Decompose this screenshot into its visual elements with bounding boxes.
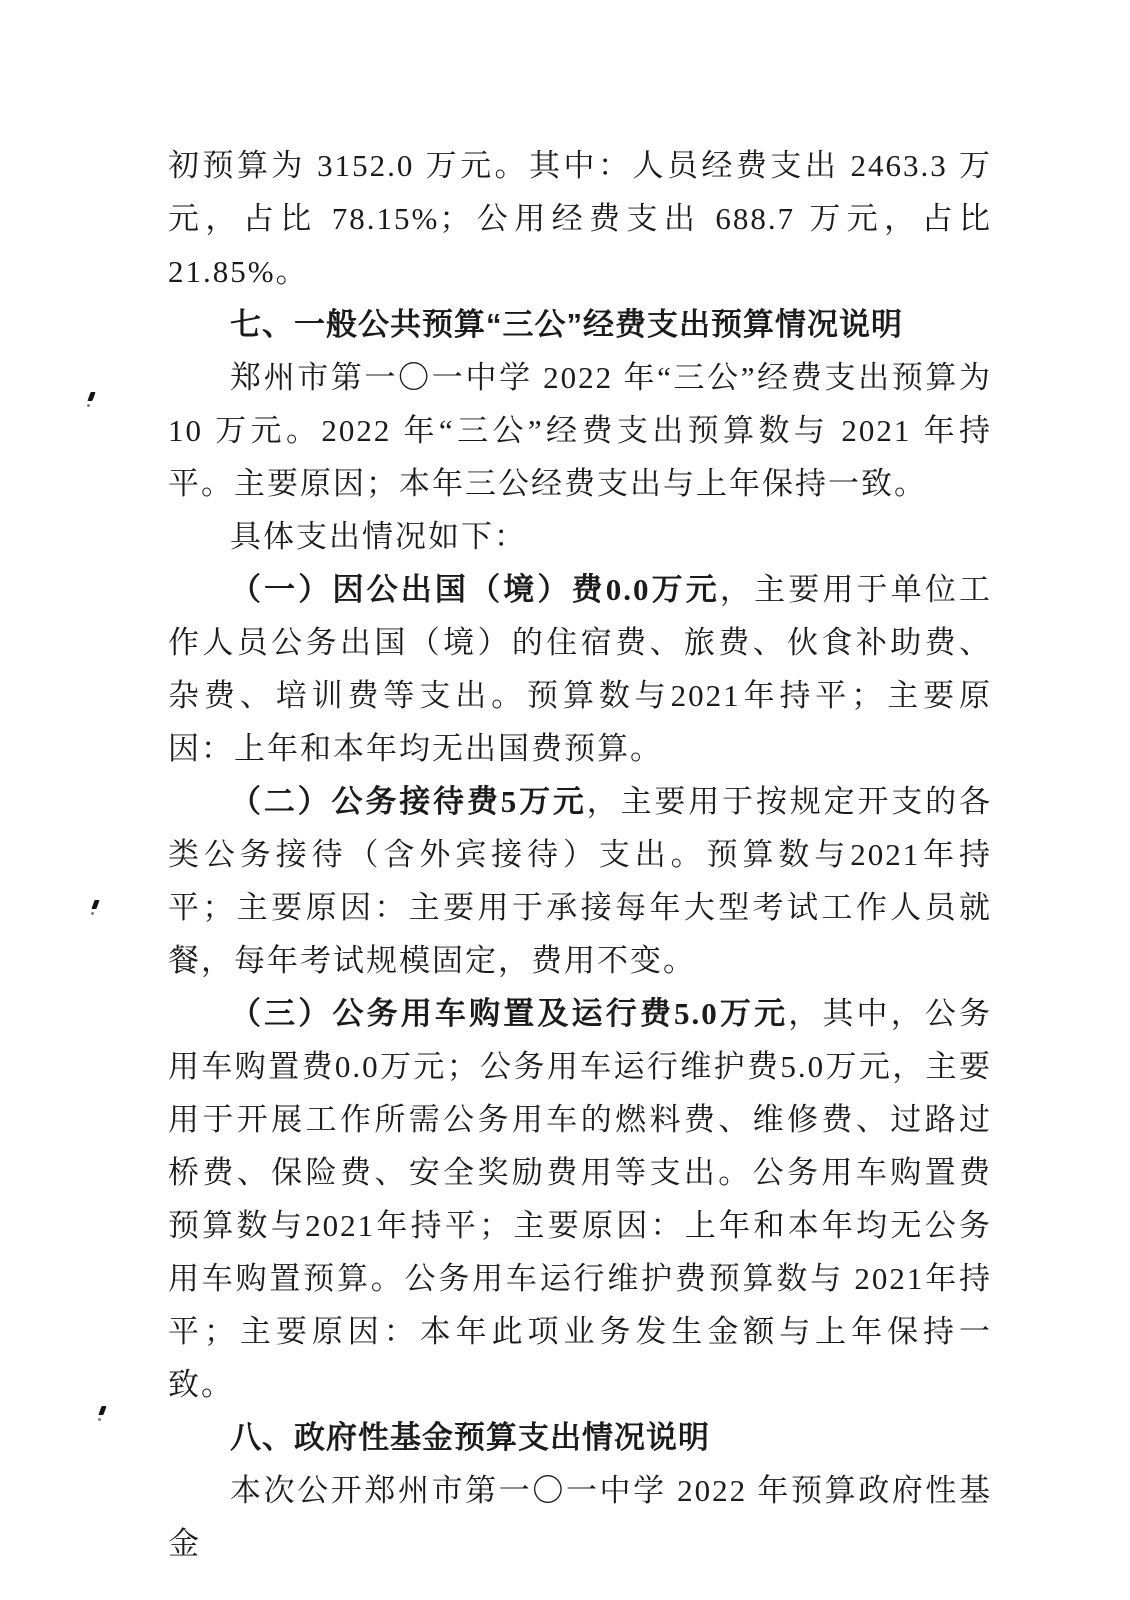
paragraph-lead-text: 八、政府性基金预算支出情况说明 xyxy=(230,1420,710,1455)
paragraph-item-2-reception-fee: （二）公务接待费5万元，主要用于按规定开支的各类公务接待（含外宾接待）支出。预算… xyxy=(168,775,992,987)
section-heading-8: 八、政府性基金预算支出情况说明 xyxy=(168,1411,992,1464)
scan-artifact xyxy=(86,392,96,408)
paragraph-item-1-abroad-fee: （一）因公出国（境）费0.0万元，主要用于单位工作人员公务出国（境）的住宿费、旅… xyxy=(168,563,992,775)
paragraph-text: 具体支出情况如下： xyxy=(230,519,527,554)
paragraph-sangong-overview: 郑州市第一〇一中学 2022 年“三公”经费支出预算为 10 万元。2022 年… xyxy=(168,351,992,510)
paragraph-text: 初预算为 3152.0 万元。其中：人员经费支出 2463.3 万元，占比 78… xyxy=(168,148,992,289)
paragraph-lead-text: 七、一般公共预算“三公”经费支出预算情况说明 xyxy=(230,307,903,342)
paragraph-lead-text: （一）因公出国（境）费0.0万元 xyxy=(230,572,720,607)
scan-artifact xyxy=(97,1406,107,1422)
paragraph-text: 郑州市第一〇一中学 2022 年“三公”经费支出预算为 10 万元。2022 年… xyxy=(168,360,992,501)
paragraph-detail-intro: 具体支出情况如下： xyxy=(168,510,992,563)
paragraph-item-3-vehicle-fee: （三）公务用车购置及运行费5.0万元，其中，公务用车购置费0.0万元；公务用车运… xyxy=(168,987,992,1411)
document-body: 初预算为 3152.0 万元。其中：人员经费支出 2463.3 万元，占比 78… xyxy=(168,139,992,1570)
section-heading-7: 七、一般公共预算“三公”经费支出预算情况说明 xyxy=(168,298,992,351)
paragraph-text: ，其中，公务用车购置费0.0万元；公务用车运行维护费5.0万元，主要用于开展工作… xyxy=(168,996,992,1402)
paragraph-lead-text: （三）公务用车购置及运行费5.0万元 xyxy=(230,996,788,1031)
document-page: 初预算为 3152.0 万元。其中：人员经费支出 2463.3 万元，占比 78… xyxy=(0,0,1130,1600)
paragraph-lead-text: （二）公务接待费5万元 xyxy=(230,784,587,819)
paragraph-budget-continuation: 初预算为 3152.0 万元。其中：人员经费支出 2463.3 万元，占比 78… xyxy=(168,139,992,298)
scan-artifact xyxy=(90,900,100,916)
paragraph-govfund-intro: 本次公开郑州市第一〇一中学 2022 年预算政府性基金 xyxy=(168,1464,992,1570)
paragraph-text: 本次公开郑州市第一〇一中学 2022 年预算政府性基金 xyxy=(168,1473,992,1561)
